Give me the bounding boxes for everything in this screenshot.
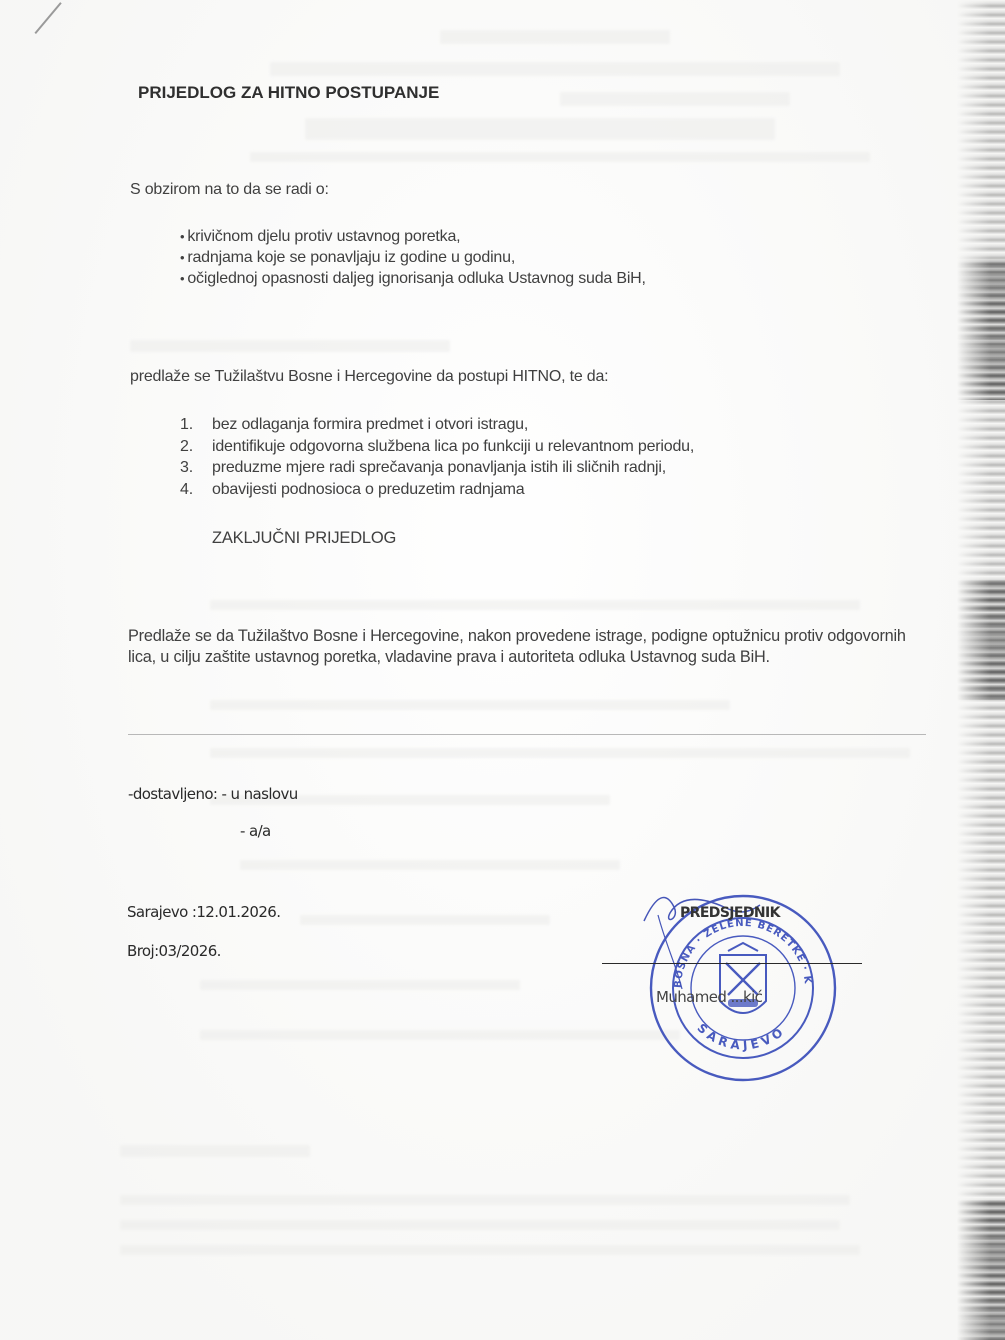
item-text: obavijesti podnosioca o preduzetim radnj… bbox=[212, 479, 524, 501]
delivered-to: -dostavljeno: - u naslovu bbox=[128, 785, 298, 803]
intro-text: S obzirom na to da se radi o: bbox=[130, 181, 329, 199]
item-text: preduzme mjere radi sprečavanja ponavlja… bbox=[212, 457, 666, 479]
item-number: 2. bbox=[180, 436, 212, 458]
list-item: 1. bez odlaganja formira predmet i otvor… bbox=[180, 414, 694, 436]
list-item: 3. preduzme mjere radi sprečavanja ponav… bbox=[180, 457, 694, 479]
list-item: 2. identifikuje odgovorna službena lica … bbox=[180, 436, 694, 458]
list-item: 4. obavijesti podnosioca o preduzetim ra… bbox=[180, 479, 694, 501]
item-number: 3. bbox=[180, 457, 212, 479]
proposal-intro: predlaže se Tužilaštvu Bosne i Hercegovi… bbox=[130, 368, 608, 386]
scanner-edge-artifact bbox=[957, 580, 1005, 700]
item-number: 4. bbox=[180, 479, 212, 501]
actions-list: 1. bez odlaganja formira predmet i otvor… bbox=[180, 414, 694, 500]
scanned-page: PRIJEDLOG ZA HITNO POSTUPANJE S obzirom … bbox=[0, 0, 1005, 1340]
item-text: bez odlaganja formira predmet i otvori i… bbox=[212, 414, 528, 436]
list-item: krivičnom djelu protiv ustavnog poretka, bbox=[180, 226, 646, 247]
reasons-list: krivičnom djelu protiv ustavnog poretka,… bbox=[180, 226, 646, 289]
conclusion-heading: ZAKLJUČNI PRIJEDLOG bbox=[212, 529, 396, 548]
reference-number: Broj:03/2026. bbox=[127, 942, 221, 960]
signature-scribble bbox=[636, 885, 766, 995]
divider bbox=[128, 734, 926, 735]
scanner-edge-artifact bbox=[957, 260, 1005, 400]
signature-line bbox=[602, 963, 862, 964]
folded-corner bbox=[4, 0, 62, 34]
scanner-edge-artifact bbox=[957, 1200, 1005, 1340]
conclusion-text: Predlaže se da Tužilaštvo Bosne i Herceg… bbox=[128, 626, 928, 668]
item-number: 1. bbox=[180, 414, 212, 436]
list-item: radnjama koje se ponavljaju iz godine u … bbox=[180, 247, 646, 268]
delivered-archive: - a/a bbox=[240, 822, 271, 840]
item-text: identifikuje odgovorna službena lica po … bbox=[212, 436, 694, 458]
list-item: očiglednoj opasnosti daljeg ignorisanja … bbox=[180, 268, 646, 289]
signatory-name: Muhamed ...kić bbox=[656, 988, 762, 1006]
signatory-role: PREDSJEDNIK bbox=[680, 905, 780, 921]
place-date: Sarajevo :12.01.2026. bbox=[127, 903, 280, 921]
document-title: PRIJEDLOG ZA HITNO POSTUPANJE bbox=[138, 83, 439, 103]
